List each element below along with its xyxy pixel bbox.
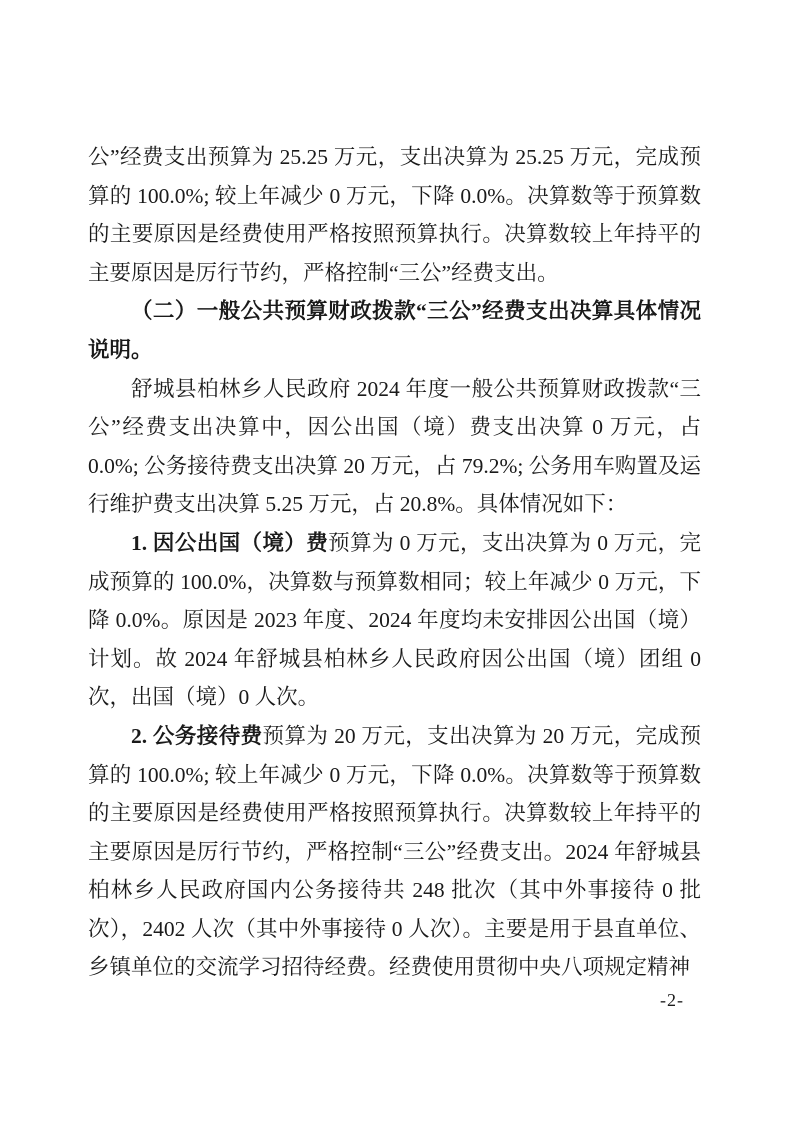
item-2-label: 2. 公务接待费: [131, 724, 263, 748]
section-heading: （二）一般公共预算财政拨款“三公”经费支出决算具体情况说明。: [88, 292, 701, 369]
paragraph-continuation-text: 公”经费支出预算为 25.25 万元，支出决算为 25.25 万元，完成预算的 …: [88, 145, 701, 285]
item-2-text: 预算为 20 万元，支出决算为 20 万元，完成预算的 100.0%; 较上年减…: [88, 724, 701, 980]
paragraph-overview: 舒城县柏林乡人民政府 2024 年度一般公共预算财政拨款“三公”经费支出决算中，…: [88, 370, 701, 524]
page-number: -2-: [660, 990, 684, 1011]
paragraph-continuation: 公”经费支出预算为 25.25 万元，支出决算为 25.25 万元，完成预算的 …: [88, 138, 701, 292]
item-1-text: 预算为 0 万元，支出决算为 0 万元，完成预算的 100.0%，决算数与预算数…: [88, 531, 701, 709]
paragraph-overview-text: 舒城县柏林乡人民政府 2024 年度一般公共预算财政拨款“三公”经费支出决算中，…: [88, 377, 701, 517]
document-page: 公”经费支出预算为 25.25 万元，支出决算为 25.25 万元，完成预算的 …: [0, 0, 793, 1122]
document-content: 公”经费支出预算为 25.25 万元，支出决算为 25.25 万元，完成预算的 …: [88, 138, 701, 987]
paragraph-item-2: 2. 公务接待费预算为 20 万元，支出决算为 20 万元，完成预算的 100.…: [88, 717, 701, 987]
item-1-label: 1. 因公出国（境）费: [131, 531, 328, 555]
section-heading-text: （二）一般公共预算财政拨款“三公”经费支出决算具体情况说明。: [88, 299, 701, 362]
paragraph-item-1: 1. 因公出国（境）费预算为 0 万元，支出决算为 0 万元，完成预算的 100…: [88, 524, 701, 717]
